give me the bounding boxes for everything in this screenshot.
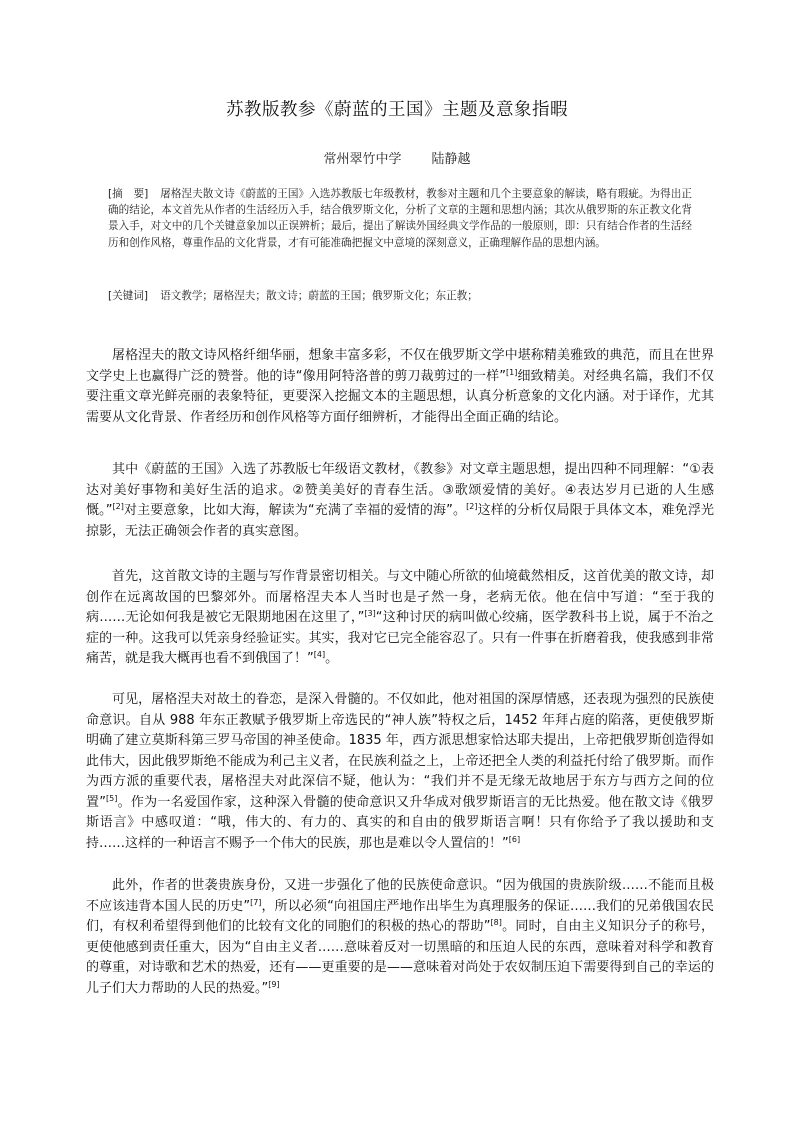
abstract-label: [摘 要] [108, 188, 148, 200]
keywords: [关键词]语文教学；屠格涅夫；散文诗；蔚蓝的王国；俄罗斯文化；东正教； [108, 288, 692, 303]
citation-ref: [6] [509, 835, 520, 844]
paragraph-text: 对主要意象，比如大海，解读为“充满了幸福的爱情的海”。 [124, 503, 466, 518]
paragraph-text: 。 [325, 651, 338, 666]
abstract-text: 屠格涅夫散文诗《蔚蓝的王国》入选苏教版七年级教材，教参对主题和几个主要意象的解读… [108, 188, 692, 249]
byline: 常州翠竹中学陆静越 [0, 148, 794, 167]
citation-ref: [1] [506, 368, 517, 377]
keywords-label: [关键词] [108, 290, 148, 302]
document-page: 苏教版教参《蔚蓝的王国》主题及意象指暇 常州翠竹中学陆静越 [摘 要]屠格涅夫散… [0, 0, 794, 1123]
paragraph-text: 。作为一名爱国作家，这种深入骨髓的使命意识又升华成对俄罗斯语言的无比热爱。他在散… [86, 795, 714, 851]
citation-ref: [2] [113, 502, 124, 511]
document-title: 苏教版教参《蔚蓝的王国》主题及意象指暇 [0, 96, 794, 121]
citation-ref: [7] [250, 898, 261, 907]
abstract: [摘 要]屠格涅夫散文诗《蔚蓝的王国》入选苏教版七年级教材，教参对主题和几个主要… [108, 186, 692, 251]
citation-ref: [3] [364, 609, 375, 618]
body-paragraph-5: 此外，作者的世袭贵族身份，又进一步强化了他的民族使命意识。“因为俄国的贵族阶级…… [86, 876, 714, 999]
citation-ref: [5] [106, 794, 117, 803]
keywords-text: 语文教学；屠格涅夫；散文诗；蔚蓝的王国；俄罗斯文化；东正教； [160, 290, 478, 302]
body-paragraph-4: 可见，屠格涅夫对故土的眷恋，是深入骨髓的。不仅如此，他对祖国的深厚情感，还表现为… [86, 690, 714, 854]
body-paragraph-1: 屠格涅夫的散文诗风格纤细华丽，想象丰富多彩，不仅在俄罗斯文学中堪称精美雅致的典范… [86, 346, 714, 428]
citation-ref: [2] [466, 502, 477, 511]
paragraph-text: 可见，屠格涅夫对故土的眷恋，是深入骨髓的。不仅如此，他对祖国的深厚情感，还表现为… [86, 692, 714, 810]
citation-ref: [8] [491, 918, 502, 927]
author-name: 陆静越 [432, 152, 471, 167]
citation-ref: [4] [314, 650, 325, 659]
body-paragraph-3: 首先，这首散文诗的主题与写作背景密切相关。与文中随心所欲的仙境截然相反，这首优美… [86, 567, 714, 670]
citation-ref: [9] [268, 980, 279, 989]
author-school: 常州翠竹中学 [323, 152, 401, 167]
body-paragraph-2: 其中《蔚蓝的王国》入选了苏教版七年级语文教材，《教参》对文章主题思想，提出四种不… [86, 460, 714, 542]
